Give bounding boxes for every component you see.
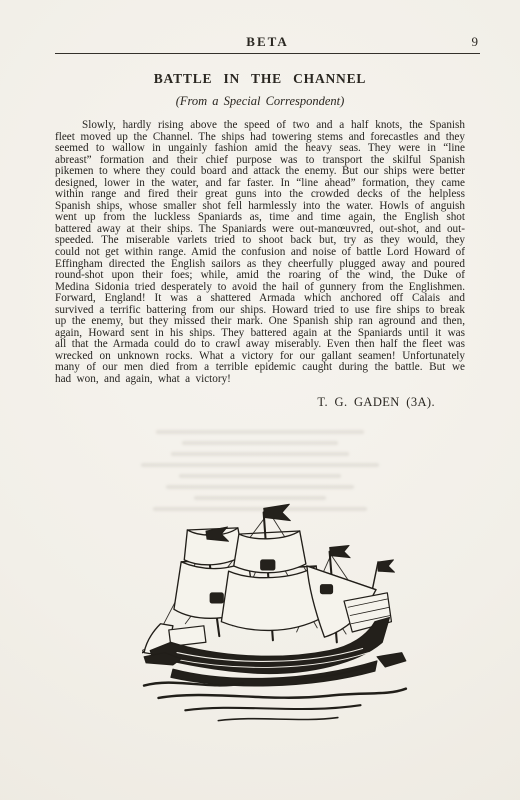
page-number: 9 <box>472 34 479 50</box>
article-signature: T. G. GADEN (3A). <box>0 395 435 410</box>
illustration-area <box>142 502 410 734</box>
journal-title: BETA <box>55 34 480 50</box>
scanned-magazine-page: BETA 9 BATTLE IN THE CHANNEL (From a Spe… <box>0 0 520 800</box>
galleon-illustration <box>142 502 410 729</box>
article-title: BATTLE IN THE CHANNEL <box>0 71 520 87</box>
ink-bleed-through <box>0 430 520 511</box>
running-head: BETA 9 <box>55 34 480 54</box>
article-body-paragraph: Slowly, hardly rising above the speed of… <box>55 120 465 386</box>
article-byline: (From a Special Correspondent) <box>0 94 520 109</box>
